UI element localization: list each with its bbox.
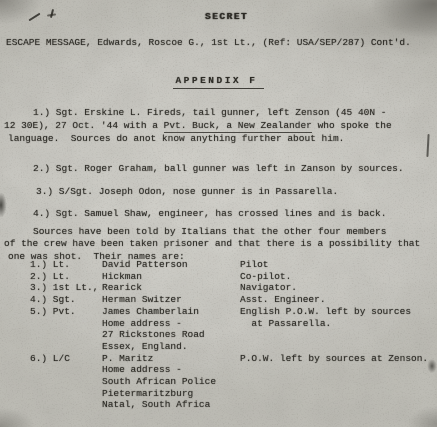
item1-line2-pre: 12 30E), 27 Oct. '44 with a	[4, 120, 164, 131]
crew-duty: Asst. Engineer.	[240, 294, 437, 306]
crew-name: James Chamberlain	[102, 306, 240, 318]
crew-duty	[240, 329, 437, 341]
crew-rank	[30, 341, 102, 353]
crew-name: Essex, England.	[102, 341, 240, 353]
crew-row: Essex, England.	[0, 341, 437, 353]
crew-duty: English P.O.W. left by sources	[240, 306, 437, 318]
pen-stroke-right-margin	[426, 134, 429, 157]
crew-rank	[30, 364, 102, 376]
crew-duty	[240, 388, 437, 400]
crew-name: Natal, South Africa	[102, 399, 240, 411]
crew-rank: 5.) Pvt.	[30, 306, 102, 318]
crew-duty	[240, 376, 437, 388]
crew-row: 2.) Lt.HickmanCo-pilot.	[0, 271, 437, 283]
crew-rank	[30, 376, 102, 388]
escape-item-3: 3.) S/Sgt. Joseph Odon, nose gunner is i…	[0, 185, 437, 198]
crew-rank: 1.) Lt.	[30, 259, 102, 271]
crew-duty	[240, 341, 437, 353]
crew-row: Natal, South Africa	[0, 399, 437, 411]
crew-table: 1.) Lt.David PattersonPilot 2.) Lt.Hickm…	[0, 259, 437, 411]
crew-name: Pietermaritzburg	[102, 388, 240, 400]
escape-item-2: 2.) Sgt. Roger Graham, ball gunner was l…	[0, 162, 437, 175]
crew-rank: 2.) Lt.	[30, 271, 102, 283]
escape-item-4: 4.) Sgt. Samuel Shaw, engineer, has cros…	[0, 207, 437, 220]
item1-line1: 1.) Sgt. Erskine L. Fireds, tail gunner,…	[0, 106, 437, 119]
crew-rank: 3.) 1st Lt.,	[30, 282, 102, 294]
item1-line2: 12 30E), 27 Oct. '44 with a Pvt. Buck, a…	[0, 119, 437, 132]
crew-row: Home address -	[0, 364, 437, 376]
crew-duty: Pilot	[240, 259, 437, 271]
prisoner-paragraph: Sources have been told by Italians that …	[0, 226, 437, 263]
crew-duty	[240, 399, 437, 411]
crew-name: Home address -	[102, 364, 240, 376]
crew-rank	[30, 329, 102, 341]
document-header-line: ESCAPE MESSAGE, Edwards, Roscoe G., 1st …	[6, 36, 411, 49]
paragraph-line1: Sources have been told by Italians that …	[0, 226, 437, 238]
crew-name: 27 Rickstones Road	[102, 329, 240, 341]
crew-rank	[30, 399, 102, 411]
crew-row: 6.) L/CP. MaritzP.O.W. left by sources a…	[0, 353, 437, 365]
crew-row: 3.) 1st Lt.,RearickNavigator.	[0, 282, 437, 294]
crew-rank	[30, 318, 102, 330]
crew-row: 1.) Lt.David PattersonPilot	[0, 259, 437, 271]
crew-duty: Navigator.	[240, 282, 437, 294]
crew-name: Herman Switzer	[102, 294, 240, 306]
crew-duty: at Passarella.	[240, 318, 437, 330]
crew-name: Home address -	[102, 318, 240, 330]
crew-row: 4.) Sgt.Herman SwitzerAsst. Engineer.	[0, 294, 437, 306]
crew-row: 5.) Pvt.James ChamberlainEnglish P.O.W. …	[0, 306, 437, 318]
paragraph-line2: of the crew have been taken prisoner and…	[0, 238, 437, 250]
crew-row: Home address - at Passarella.	[0, 318, 437, 330]
item1-line3: language. Sources do anot know anything …	[0, 132, 437, 145]
classification-stamp: SECRET	[0, 10, 437, 23]
crew-row: 27 Rickstones Road	[0, 329, 437, 341]
appendix-title: APPENDIX F	[0, 74, 437, 89]
crew-row: Pietermaritzburg	[0, 388, 437, 400]
crew-rank: 6.) L/C	[30, 353, 102, 365]
scanned-document-page: SECRET ESCAPE MESSAGE, Edwards, Roscoe G…	[0, 0, 437, 427]
crew-name: Hickman	[102, 271, 240, 283]
crew-name: South African Police	[102, 376, 240, 388]
crew-duty: Co-pilot.	[240, 271, 437, 283]
appendix-title-text: APPENDIX F	[173, 74, 263, 89]
item1-line2-underlined: Pvt. Buck, a New Zealander	[164, 120, 312, 133]
item1-line2-post: who spoke the	[312, 120, 392, 131]
crew-row: South African Police	[0, 376, 437, 388]
crew-duty: P.O.W. left by sources at Zenson.	[240, 353, 437, 365]
crew-name: P. Maritz	[102, 353, 240, 365]
crew-name: Rearick	[102, 282, 240, 294]
crew-rank: 4.) Sgt.	[30, 294, 102, 306]
crew-rank	[30, 388, 102, 400]
crew-name: David Patterson	[102, 259, 240, 271]
escape-item-1: 1.) Sgt. Erskine L. Fireds, tail gunner,…	[0, 106, 437, 145]
crew-duty	[240, 364, 437, 376]
